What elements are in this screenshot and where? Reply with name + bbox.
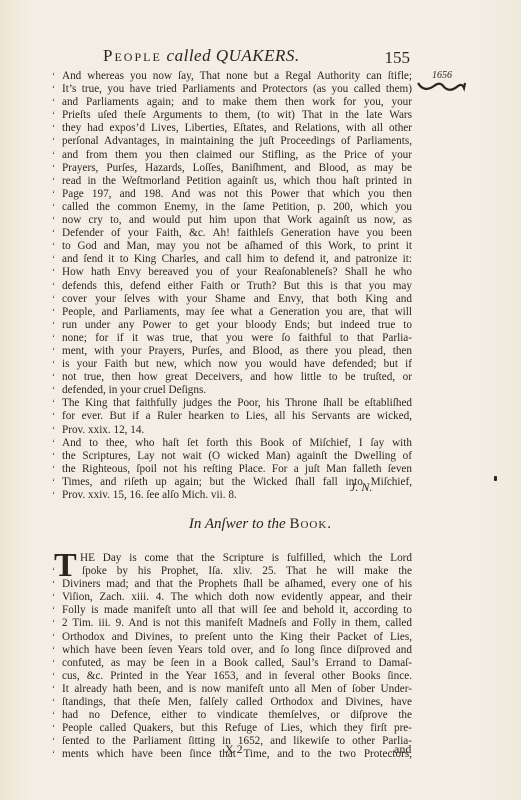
text-line: ‘cover your ſelves with your Shame and E…: [52, 293, 412, 306]
quote-mark: ‘: [52, 162, 55, 175]
quote-mark: ‘: [52, 201, 55, 214]
text-line: ‘is your Faith but new, which now you wo…: [52, 358, 412, 371]
text-line: ‘run under any Power to get your bloody …: [52, 319, 412, 332]
text-line: ‘It’s true, you have tried Parliaments a…: [52, 83, 412, 96]
text-line: ‘ſtandings, that theſe Men, falſely call…: [52, 696, 412, 709]
quote-mark: ‘: [52, 306, 55, 319]
book-page: People called QUAKERS. 155 1656 ‘And whe…: [0, 0, 521, 800]
quote-mark: ‘: [52, 135, 55, 148]
text-line: ‘And to thee, who haſt ſet forth this Bo…: [52, 437, 412, 450]
text-line: ‘which have been ſeven Years told over, …: [52, 644, 412, 657]
quote-mark: ‘: [52, 735, 55, 748]
text-line: ‘Prieſts uſed theſe Arguments to them, (…: [52, 109, 412, 122]
text-line: ‘perſonal Advantages, in maintaining the…: [52, 135, 412, 148]
section-heading: In Anſwer to the Book.: [0, 516, 521, 533]
author-initials: J. N.: [350, 480, 372, 495]
page-number: 155: [385, 48, 411, 68]
quote-mark: ‘: [52, 410, 55, 423]
quote-mark: ‘: [52, 670, 55, 683]
quote-mark: ‘: [52, 591, 55, 604]
quote-mark: ‘: [52, 489, 55, 502]
quote-mark: ‘: [52, 83, 55, 96]
signature-mark: X 2: [225, 742, 243, 757]
text-line: ‘read in the Weſtmorland Petition againſ…: [52, 175, 412, 188]
text-line: ‘People, and Parliaments, may ſee what a…: [52, 306, 412, 319]
text-line: ‘Prayers, Purſes, Hazards, Loſſes, Baniſ…: [52, 162, 412, 175]
quote-mark: ‘: [52, 450, 55, 463]
quote-mark: ‘: [52, 240, 55, 253]
running-header: People called QUAKERS. 155: [100, 46, 410, 70]
quote-mark: ‘: [52, 617, 55, 630]
quote-mark: ‘: [52, 397, 55, 410]
text-line: ‘for ever. But if a Ruler hearken to Lie…: [52, 410, 412, 423]
text-line: ‘Prov. xxix. 12, 14.: [52, 424, 412, 437]
quote-mark: ‘: [52, 358, 55, 371]
text-line: ‘had no Defence, either to vindicate the…: [52, 709, 412, 722]
quote-mark: ‘: [52, 70, 55, 83]
text-line: ‘the Righteous, ſpoil not his reſting Pl…: [52, 463, 412, 476]
quote-mark: ‘: [52, 214, 55, 227]
margin-brace-icon: [416, 80, 468, 94]
quote-mark: ‘: [52, 476, 55, 489]
text-line: ‘none; for if it was true, that you were…: [52, 332, 412, 345]
quote-mark: ‘: [52, 384, 55, 397]
quote-mark: ‘: [52, 696, 55, 709]
text-line: ‘Folly is made manifeſt unto all that wi…: [52, 604, 412, 617]
quote-mark: ‘: [52, 345, 55, 358]
quote-mark: ‘: [52, 253, 55, 266]
text-line: ‘And whereas you now ſay, That none but …: [52, 70, 412, 83]
text-line: ‘not true, then how great Deceivers, and…: [52, 371, 412, 384]
catchword: and: [394, 742, 411, 757]
quote-mark: ‘: [52, 463, 55, 476]
quote-mark: ‘: [52, 227, 55, 240]
quote-mark: ‘: [52, 631, 55, 644]
quote-mark: ‘: [52, 604, 55, 617]
quote-mark: ‘: [52, 657, 55, 670]
text-line: ‘How hath Envy bereaved you of your Reaſ…: [52, 266, 412, 279]
quote-mark: ‘: [52, 109, 55, 122]
quote-mark: ‘: [52, 188, 55, 201]
text-line: ‘The King that faithfully judges the Poo…: [52, 397, 412, 410]
text-line: ‘Defender of your Faith, &c. Ah! faithle…: [52, 227, 412, 240]
quote-mark: ‘: [52, 96, 55, 109]
text-line: ‘cus, &c. Printed in the Year 1653, and …: [52, 670, 412, 683]
text-line: ‘Orthodox and Divines, to preſent unto t…: [52, 631, 412, 644]
text-line: ‘defended, in your cruel Deſigns.: [52, 384, 412, 397]
quote-mark: ‘: [52, 149, 55, 162]
text-line: ‘Viſion, Zach. xiii. 4. The which doth n…: [52, 591, 412, 604]
text-line: ‘the Scriptures, Lay not wait (O wicked …: [52, 450, 412, 463]
text-line: HE Day is come that the Scripture is ful…: [52, 552, 412, 565]
quote-mark: ‘: [52, 293, 55, 306]
text-line: ‘to God and Man, may you not be aſhamed …: [52, 240, 412, 253]
quote-mark: ‘: [52, 437, 55, 450]
quote-mark: ‘: [52, 683, 55, 696]
quote-mark: ‘: [52, 709, 55, 722]
text-line: ‘and from them you then claimed our Stif…: [52, 149, 412, 162]
text-line: ‘Diviners mad; and that the Prophets ſha…: [52, 578, 412, 591]
quote-mark: ‘: [52, 175, 55, 188]
quote-mark: ‘: [52, 565, 55, 578]
quote-mark: ‘: [52, 722, 55, 735]
text-line: ‘2 Tim. iii. 9. And is not this manifeſt…: [52, 617, 412, 630]
quote-mark: ‘: [52, 371, 55, 384]
text-line: ‘and ſend it to King Charles, and call h…: [52, 253, 412, 266]
text-line: ‘and Parliaments again; and to make them…: [52, 96, 412, 109]
quote-mark: ‘: [52, 332, 55, 345]
text-line: ‘confuted, as may be ſeen in a Book call…: [52, 657, 412, 670]
text-line: ‘called the common Enemy, in the ſame Pe…: [52, 201, 412, 214]
running-title: People called QUAKERS.: [103, 46, 300, 66]
text-line: ‘ſpoke by his Prophet, Iſa. xliv. 25. Th…: [52, 565, 412, 578]
text-line: ‘now cry to, and would put him upon that…: [52, 214, 412, 227]
text-line: ‘It already hath been, and is now manife…: [52, 683, 412, 696]
quote-mark: ‘: [52, 644, 55, 657]
text-line: ‘they had expos’d Lives, Liberties, Eſta…: [52, 122, 412, 135]
answer-text-block: HE Day is come that the Scripture is ful…: [52, 552, 412, 762]
text-line: ‘defends this, defend either Faith or Tr…: [52, 280, 412, 293]
text-line: ‘Page 197, and 198. And was not this Pow…: [52, 188, 412, 201]
quote-mark: ‘: [52, 266, 55, 279]
quote-mark: ‘: [52, 424, 55, 437]
quote-mark: ‘: [52, 578, 55, 591]
quote-mark: ‘: [52, 748, 55, 761]
text-line: ‘People called Quakers, but this Refuge …: [52, 722, 412, 735]
quote-mark: ‘: [52, 122, 55, 135]
quote-mark: ‘: [52, 319, 55, 332]
text-line: ‘ment, with your Prayers, Purſes, and Bl…: [52, 345, 412, 358]
margin-mark: [494, 476, 497, 481]
quote-mark: ‘: [52, 280, 55, 293]
main-text-block: ‘And whereas you now ſay, That none but …: [52, 70, 412, 502]
